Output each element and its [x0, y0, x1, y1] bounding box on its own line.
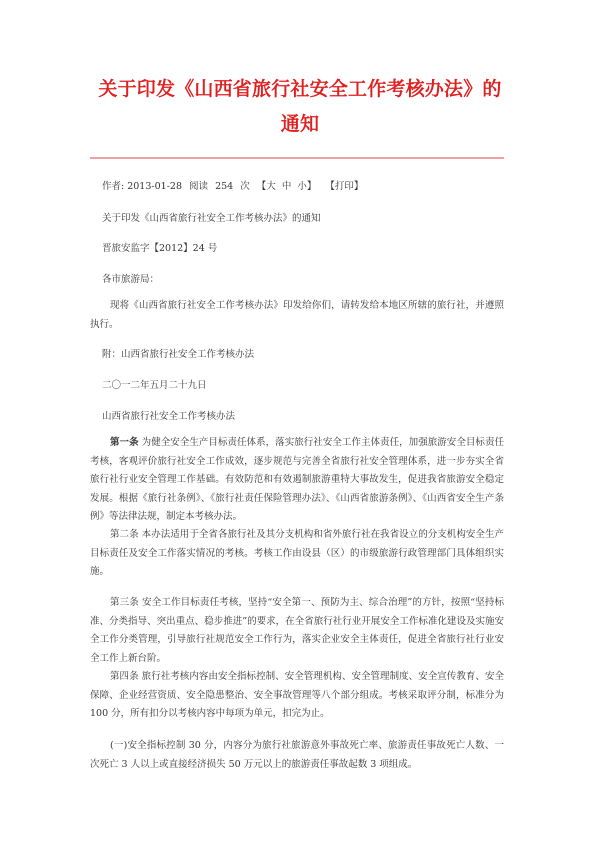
title-line-2: 通知	[90, 107, 510, 142]
print-link[interactable]: 【打印】	[325, 181, 363, 192]
reads-label: 阅读	[189, 181, 208, 192]
date-line: 二〇一二年五月二十九日	[102, 377, 207, 391]
intro-paragraph: 现将《山西省旅行社安全工作考核办法》印发给你们，请转发给本地区所辖的旅行社，并遵…	[90, 297, 504, 334]
item-1-text: (一)安全指标控制 30 分，内容分为旅行社旅游意外事故死亡率、旅游责任事故死亡…	[90, 740, 504, 770]
article-4-lead: 第四条	[110, 671, 139, 682]
font-size-controls: 【大中小】	[257, 181, 317, 192]
page-title: 关于印发《山西省旅行社安全工作考核办法》的 通知	[90, 72, 510, 142]
reads-count: 254	[215, 181, 233, 192]
article-2-lead: 第二条	[110, 529, 139, 540]
title-line-1: 关于印发《山西省旅行社安全工作考核办法》的	[90, 72, 510, 107]
article-1-text: 为健全安全生产目标责任体系，落实旅行社安全工作主体责任，加强旅游安全目标责任考核…	[90, 437, 504, 522]
reads-unit: 次	[240, 181, 250, 192]
rules-subtitle: 山西省旅行社安全工作考核办法	[102, 408, 235, 422]
article-4-text: 旅行社考核内容由安全指标控制、安全管理机构、安全管理制度、安全宣传教育、安全保障…	[90, 671, 504, 719]
author-date: 作者: 2013-01-28	[102, 181, 182, 192]
font-size-large-link[interactable]: 大	[266, 181, 276, 192]
article-1-lead: 第一条	[110, 437, 139, 448]
article-3: 第三条 安全工作目标责任考核，坚持“安全第一、预防为主、综合治理”的方针，按照“…	[90, 594, 504, 668]
article-2-text: 本办法适用于全省各旅行社及其分支机构和省外旅行社在我省设立的分支机构安全生产目标…	[90, 529, 504, 577]
article-1: 第一条 为健全安全生产目标责任体系，落实旅行社安全工作主体责任，加强旅游安全目标…	[90, 434, 504, 527]
article-meta: 作者: 2013-01-28 阅读 254 次 【大中小】 【打印】	[102, 178, 367, 192]
article-3-text: 安全工作目标责任考核，坚持“安全第一、预防为主、综合治理”的方针，按照“坚持标准…	[90, 597, 504, 664]
doc-heading: 关于印发《山西省旅行社安全工作考核办法》的通知	[102, 210, 321, 224]
title-divider	[90, 157, 504, 159]
addressee: 各市旅游局：	[102, 271, 159, 285]
font-size-small-link[interactable]: 小	[297, 181, 307, 192]
doc-number: 晋旅安监字【2012】24 号	[102, 240, 217, 254]
article-4-item-1: (一)安全指标控制 30 分，内容分为旅行社旅游意外事故死亡率、旅游责任事故死亡…	[90, 737, 504, 774]
bracket-open: 【	[257, 181, 267, 192]
article-4: 第四条 旅行社考核内容由安全指标控制、安全管理机构、安全管理制度、安全宣传教育、…	[90, 668, 504, 724]
font-size-medium-link[interactable]: 中	[282, 181, 292, 192]
article-2: 第二条 本办法适用于全省各旅行社及其分支机构和省外旅行社在我省设立的分支机构安全…	[90, 526, 504, 582]
article-3-lead: 第三条	[110, 597, 139, 608]
attachment-line: 附：山西省旅行社安全工作考核办法	[102, 346, 254, 360]
bracket-close: 】	[307, 181, 317, 192]
